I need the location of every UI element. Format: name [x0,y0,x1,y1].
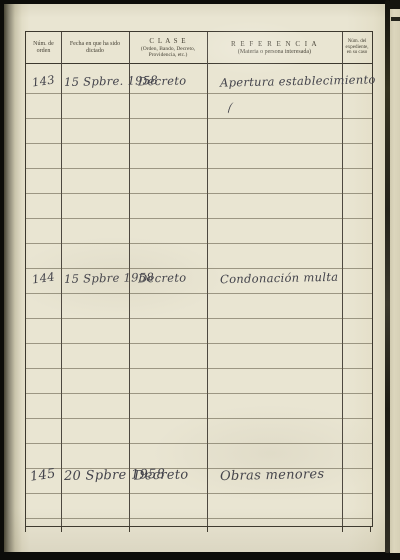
entry-referencia: Condonación multa [220,270,339,286]
entry-num: 145 [29,466,57,484]
ledger-page: Núm. de orden Fecha en que ha sido dicta… [4,4,385,552]
register-entry-row: 143 15 Spbre. 1958 Decreto Apertura esta… [26,74,372,92]
entry-referencia: Obras menores [220,467,325,484]
register-entry-row: 145 20 Spbre 1958 Decreto Obras menores [26,468,372,486]
column-tick [61,526,62,532]
col-header-expediente: Núm. del expediente, en su caso [342,32,372,63]
col-header-num-orden-label: Núm. de orden [26,41,61,55]
col-header-num-orden: Núm. de orden [26,32,61,63]
column-tick [342,526,343,532]
entry-num: 143 [31,72,56,89]
column-tick [129,526,130,532]
col-header-clase: C L A S E (Orden, Bando, Decreto, Provid… [129,32,207,63]
entry-clase: Decreto [138,270,187,285]
col-header-fecha-label: Fecha en que ha sido dictado [67,41,123,55]
column-tick [25,526,26,532]
entry-clase: Decreto [138,73,187,88]
column-tick [370,526,371,532]
register-entry-row: 144 15 Spbre 1958 Decreto Condonación mu… [26,271,372,289]
entry-clase: Decreto [134,467,189,483]
adjacent-page-edge [390,0,400,553]
entry-num: 144 [31,269,56,286]
col-header-fecha: Fecha en que ha sido dictado [61,32,129,63]
col-header-expediente-label: Núm. del expediente, en su caso [344,39,370,56]
scanned-ledger-photo: Núm. de orden Fecha en que ha sido dicta… [0,0,400,560]
col-header-referencia: R E F E R E N C I A (Materia o persona i… [207,32,342,63]
column-tick [207,526,208,532]
col-header-clase-subtitle: (Orden, Bando, Decreto, Providencia, etc… [129,46,207,59]
register-table: Núm. de orden Fecha en que ha sido dicta… [25,31,373,527]
entry-referencia: Apertura establecimiento [220,72,376,89]
col-header-referencia-title: R E F E R E N C I A [231,40,318,48]
col-header-referencia-subtitle: (Materia o persona interesada) [238,49,311,56]
row-rules [26,93,372,519]
col-header-clase-title: C L A S E [149,37,186,45]
table-header: Núm. de orden Fecha en que ha sido dicta… [26,32,372,64]
